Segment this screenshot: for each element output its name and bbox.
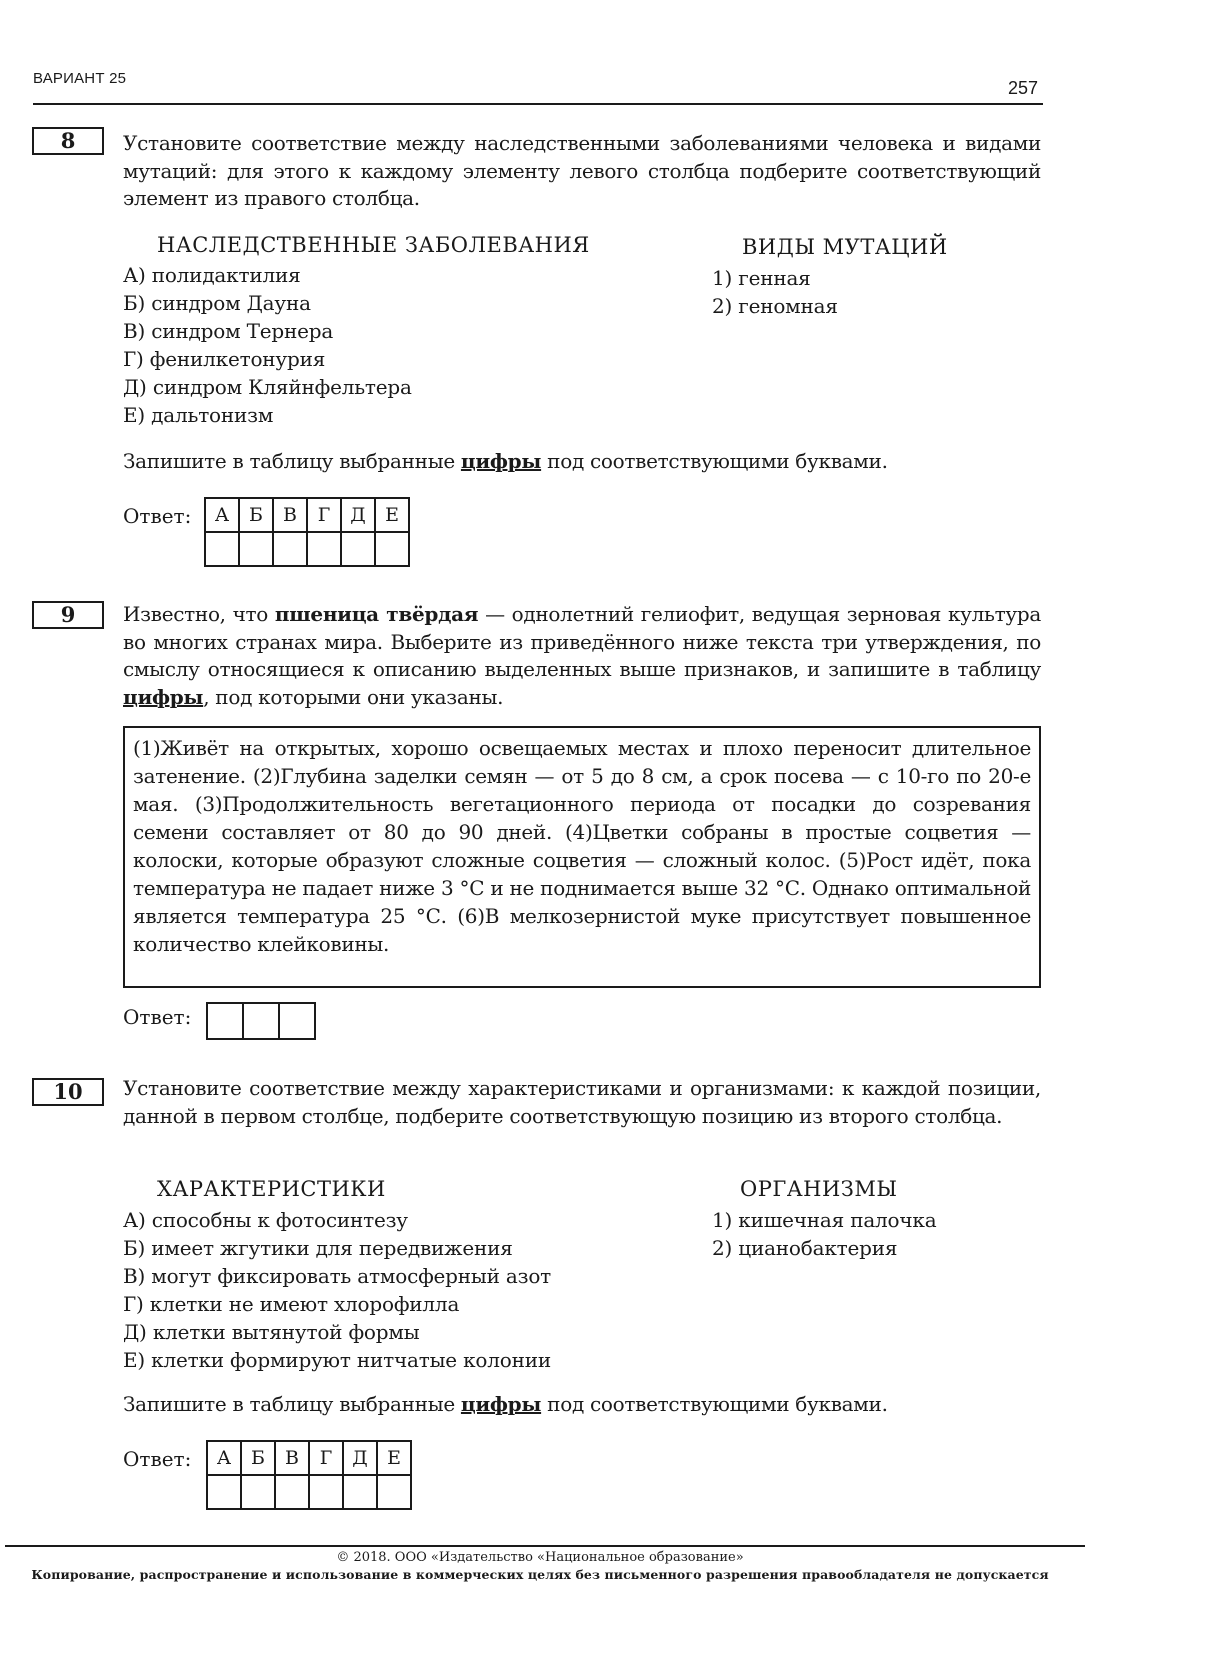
question-number-8: 8 [32, 127, 104, 155]
answer-column-v: В [275, 1441, 309, 1475]
answer-cell[interactable] [239, 532, 273, 566]
q8-answer-table: А Б В Г Д Е [204, 497, 410, 567]
question-10-prompt: Установите соответствие между характерис… [123, 1075, 1041, 1130]
answer-cell[interactable] [307, 532, 341, 566]
list-item: 2) цианобактерия [712, 1234, 936, 1262]
answer-cell[interactable] [343, 1475, 377, 1509]
q10-right-column-header: ОРГАНИЗМЫ [740, 1177, 898, 1201]
list-item: Г) фенилкетонурия [123, 345, 412, 373]
answer-column-g: Г [309, 1441, 343, 1475]
instruction-emphasis: цифры [461, 1392, 541, 1416]
variant-title: ВАРИАНТ 25 [33, 70, 126, 87]
list-item: Е) дальтонизм [123, 401, 412, 429]
answer-cell[interactable] [207, 1003, 243, 1039]
q8-right-column-header: ВИДЫ МУТАЦИЙ [742, 235, 948, 259]
list-item: Е) клетки формируют нитчатые колонии [123, 1346, 551, 1374]
header-rule [33, 103, 1043, 105]
question-8-prompt: Установите соответствие между наследстве… [123, 130, 1041, 213]
answer-cell[interactable] [243, 1003, 279, 1039]
q10-instruction: Запишите в таблицу выбранные цифры под с… [123, 1391, 1041, 1419]
instruction-text: под соответствующими буквами. [541, 1392, 888, 1416]
list-item: 1) кишечная палочка [712, 1206, 936, 1234]
list-item: В) могут фиксировать атмосферный азот [123, 1262, 551, 1290]
instruction-text: Запишите в таблицу выбранные [123, 1392, 461, 1416]
instruction-text: под соответствующими буквами. [541, 449, 888, 473]
instruction-emphasis: цифры [461, 449, 541, 473]
list-item: Б) синдром Дауна [123, 289, 412, 317]
answer-cell[interactable] [279, 1003, 315, 1039]
q10-characteristics-list: А) способны к фотосинтезу Б) имеет жгути… [123, 1206, 551, 1374]
answer-header-row: А Б В Г Д Е [207, 1441, 411, 1475]
answer-column-d: Д [341, 498, 375, 532]
q10-answer-table: А Б В Г Д Е [206, 1440, 412, 1510]
instruction-text: Запишите в таблицу выбранные [123, 449, 461, 473]
answer-input-row [207, 1475, 411, 1509]
answer-column-g: Г [307, 498, 341, 532]
list-item: В) синдром Тернера [123, 317, 412, 345]
list-item: А) способны к фотосинтезу [123, 1206, 551, 1234]
q9-answer-table [206, 1002, 316, 1040]
list-item: Д) клетки вытянутой формы [123, 1318, 551, 1346]
q9-source-text: (1)Живёт на открытых, хорошо освещаемых … [123, 726, 1041, 988]
q8-left-column-header: НАСЛЕДСТВЕННЫЕ ЗАБОЛЕВАНИЯ [157, 233, 590, 257]
question-number-9: 9 [32, 601, 104, 629]
list-item: Д) синдром Кляйнфельтера [123, 373, 412, 401]
prompt-text: , под которыми они указаны. [203, 685, 503, 709]
answer-header-row: А Б В Г Д Е [205, 498, 409, 532]
answer-input-row [205, 532, 409, 566]
footer-rule [5, 1545, 1085, 1547]
list-item: Б) имеет жгутики для передвижения [123, 1234, 551, 1262]
answer-cell[interactable] [275, 1475, 309, 1509]
list-item: 2) геномная [712, 292, 838, 320]
q10-organisms-list: 1) кишечная палочка 2) цианобактерия [712, 1206, 936, 1262]
list-item: А) полидактилия [123, 261, 412, 289]
footer-copyright: © 2018. ООО «Издательство «Национальное … [0, 1550, 1080, 1565]
answer-column-e: Е [377, 1441, 411, 1475]
question-number-10: 10 [32, 1078, 104, 1106]
answer-column-a: А [205, 498, 239, 532]
prompt-emphasis: цифры [123, 685, 203, 709]
answer-cell[interactable] [309, 1475, 343, 1509]
answer-column-e: Е [375, 498, 409, 532]
answer-column-d: Д [343, 1441, 377, 1475]
answer-cell[interactable] [241, 1475, 275, 1509]
footer-notice: Копирование, распространение и использов… [0, 1567, 1080, 1582]
q10-answer-label: Ответ: [123, 1447, 191, 1471]
page-number: 257 [1008, 78, 1038, 99]
exam-page: ВАРИАНТ 25 257 8 Установите соответствие… [0, 0, 1216, 1654]
q10-left-column-header: ХАРАКТЕРИСТИКИ [157, 1177, 386, 1201]
answer-column-a: А [207, 1441, 241, 1475]
answer-cell[interactable] [341, 532, 375, 566]
q8-answer-label: Ответ: [123, 504, 191, 528]
answer-column-b: Б [239, 498, 273, 532]
question-9-prompt: Известно, что пшеница твёрдая — однолетн… [123, 601, 1041, 711]
q8-instruction: Запишите в таблицу выбранные цифры под с… [123, 448, 1041, 476]
answer-cell[interactable] [375, 532, 409, 566]
answer-cell[interactable] [207, 1475, 241, 1509]
q8-mutations-list: 1) генная 2) геномная [712, 264, 838, 320]
q9-answer-label: Ответ: [123, 1005, 191, 1029]
prompt-text: Известно, что [123, 602, 275, 626]
prompt-emphasis: пшеница твёрдая [275, 602, 478, 626]
answer-cell[interactable] [205, 532, 239, 566]
answer-column-b: Б [241, 1441, 275, 1475]
answer-column-v: В [273, 498, 307, 532]
list-item: 1) генная [712, 264, 838, 292]
list-item: Г) клетки не имеют хлорофилла [123, 1290, 551, 1318]
q8-diseases-list: А) полидактилия Б) синдром Дауна В) синд… [123, 261, 412, 429]
answer-cell[interactable] [377, 1475, 411, 1509]
answer-input-row [207, 1003, 315, 1039]
answer-cell[interactable] [273, 532, 307, 566]
